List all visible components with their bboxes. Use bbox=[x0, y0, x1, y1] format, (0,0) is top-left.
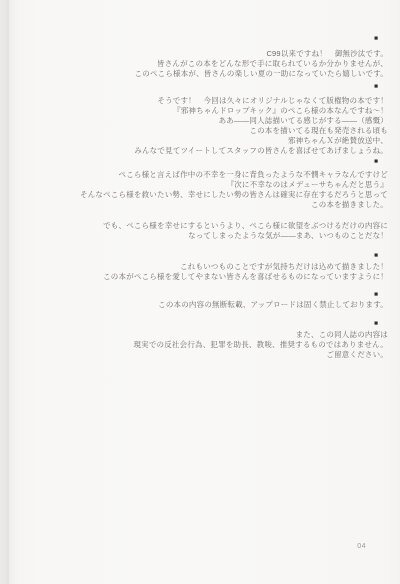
afterword-line: みんなで見てツイートしてスタッフの皆さんを喜ばせてあげましょうね。 bbox=[12, 146, 388, 156]
page-number: 04 bbox=[357, 543, 366, 550]
afterword-line: そんなぺこら様を救いたい勢、幸せにしたい勢の皆さんは確実に存在するだろうと思って bbox=[12, 190, 388, 200]
afterword-line: 皆さんがこの本をどんな形で手に取られているか分かりませんが、 bbox=[12, 59, 388, 69]
afterword-block: また、この同人誌の内容は 現実での反社会行為、犯罪を助長、教唆、推奨するものでは… bbox=[12, 330, 388, 360]
afterword-line: C99以来ですね！ 御無沙汰です。 bbox=[12, 49, 388, 59]
afterword-line: 『邪神ちゃんドロップキック』のぺこら様の本なんですね～！ bbox=[12, 106, 388, 116]
afterword-line: でも、ぺこら様を幸せにするというより、ぺこら様に欲望をぶつけるだけの内容に bbox=[12, 221, 388, 231]
afterword-block: ぺこら様と言えば作中の不幸を一身に背負ったような不憫キャラなんですけど 『次に不… bbox=[12, 170, 388, 210]
section-marker-icon: ■ bbox=[374, 292, 378, 299]
afterword-block: この本の内容の無断転載、アップロードは固く禁止しております。 bbox=[12, 300, 388, 310]
section-marker-icon: ■ bbox=[374, 253, 378, 260]
afterword-line: これもいつものことですが気持ちだけは込めて描きました！ bbox=[12, 262, 388, 272]
afterword-line: 現実での反社会行為、犯罪を助長、教唆、推奨するものではありません。 bbox=[12, 340, 388, 350]
afterword-block: そうです！ 今回は久々にオリジナルじゃなくて版権物の本です！ 『邪神ちゃんドロッ… bbox=[12, 96, 388, 156]
afterword-block: C99以来ですね！ 御無沙汰です。 皆さんがこの本をどんな形で手に取られているか… bbox=[12, 49, 388, 79]
afterword-line: この本がぺこら様を愛してやまない皆さんを喜ばせるものになっていますように！ bbox=[12, 272, 388, 282]
afterword-line: そうです！ 今回は久々にオリジナルじゃなくて版権物の本です！ bbox=[12, 96, 388, 106]
binding-edge bbox=[7, 0, 9, 584]
afterword-line: この本の内容の無断転載、アップロードは固く禁止しております。 bbox=[12, 300, 388, 310]
afterword-line: この本を描いてる現在も発売される頃も bbox=[12, 126, 388, 136]
afterword-line: ぺこら様と言えば作中の不幸を一身に背負ったような不憫キャラなんですけど bbox=[12, 170, 388, 180]
afterword-line: この本を描きました。 bbox=[12, 200, 388, 210]
afterword-block: でも、ぺこら様を幸せにするというより、ぺこら様に欲望をぶつけるだけの内容に なっ… bbox=[12, 221, 388, 241]
afterword-line: 邪神ちゃんＸが絶賛放送中、 bbox=[12, 136, 388, 146]
section-marker-icon: ■ bbox=[374, 36, 378, 43]
afterword-line: ご留意ください。 bbox=[12, 350, 388, 360]
page-scan: ■ C99以来ですね！ 御無沙汰です。 皆さんがこの本をどんな形で手に取られてい… bbox=[0, 0, 400, 584]
section-marker-icon: ■ bbox=[374, 159, 378, 166]
afterword-block: これもいつものことですが気持ちだけは込めて描きました！ この本がぺこら様を愛して… bbox=[12, 262, 388, 282]
section-marker-icon: ■ bbox=[374, 84, 378, 91]
afterword-line: また、この同人誌の内容は bbox=[12, 330, 388, 340]
afterword-line: 『次に不幸なのはメデューサちゃんだと思う』 bbox=[12, 180, 388, 190]
afterword-line: このぺこら様本が、皆さんの楽しい夏の一助になっていたら嬉しいです。 bbox=[12, 69, 388, 79]
afterword-line: ああ――同人誌描いてる感じがする――（感慨） bbox=[12, 116, 388, 126]
afterword-line: なってしまったような気が――まあ、いつものことだな！ bbox=[12, 231, 388, 241]
section-marker-icon: ■ bbox=[374, 321, 378, 328]
